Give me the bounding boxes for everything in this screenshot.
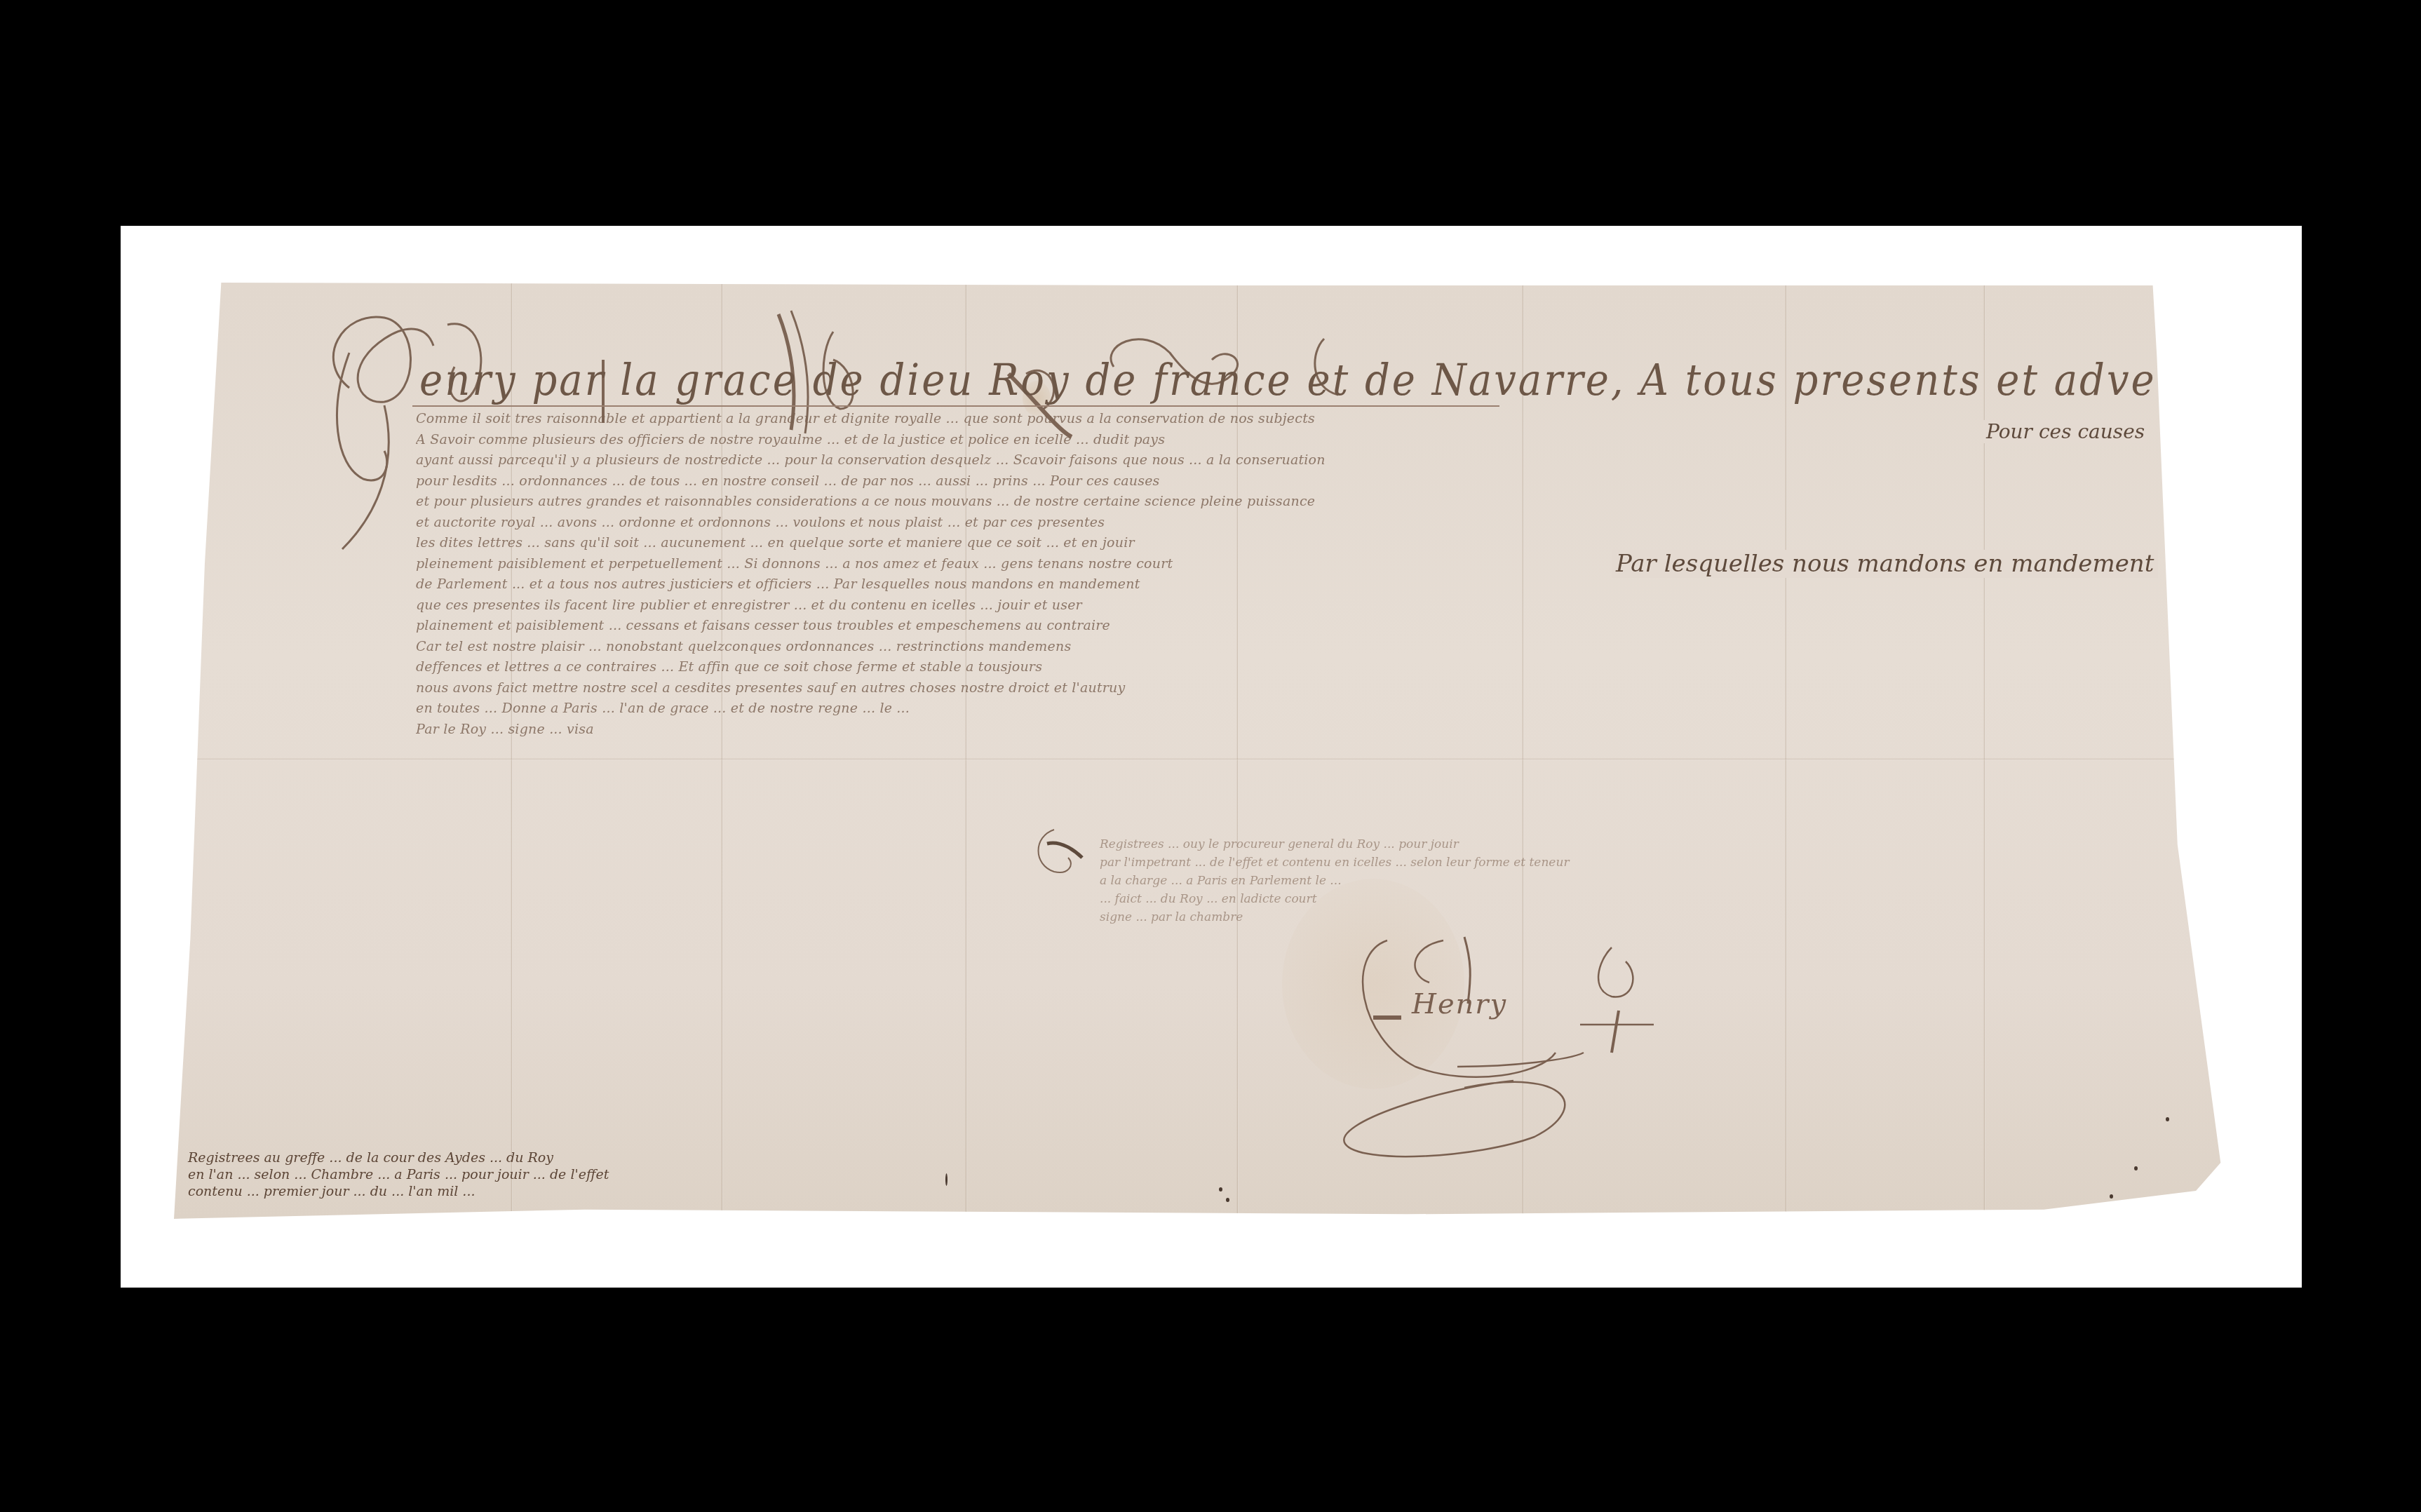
body-line: nous avons faict mettre nostre scel a ce… (416, 678, 2155, 699)
body-line: A Savoir comme plusieurs des officiers d… (416, 430, 2155, 451)
royal-signature (1303, 933, 1668, 1144)
body-line: et auctorite royal ... avons ... ordonne… (416, 513, 2155, 534)
body-line: deffences et lettres a ce contraires ...… (416, 657, 2155, 678)
body-line: que ces presentes ils facent lire publie… (416, 595, 2155, 616)
body-line: pour lesdits ... ordonnances ... de tous… (416, 471, 2155, 492)
mandons-emphasis: Par lesquelles nous mandons en mandement (1612, 550, 2158, 578)
body-line: en toutes ... Donne a Paris ... l'an de … (416, 698, 2155, 720)
marginal-registration-note: Registrees au greffe ... de la cour des … (188, 1149, 693, 1200)
document-heading: enry par la grace de dieu Roy de france … (419, 356, 2342, 406)
visa-line: ... faict ... du Roy ... en ladicte cour… (1100, 890, 1696, 908)
signature-name: Henry (1412, 988, 1507, 1020)
parchment-document: enry par la grace de dieu Roy de france … (174, 283, 2229, 1219)
note-line: contenu ... premier jour ... du ... l'an… (188, 1183, 693, 1200)
visa-line: signe ... par la chambre (1100, 908, 1696, 926)
registration-block: Registrees ... ouy le procureur general … (1100, 835, 1696, 926)
visa-line: a la charge ... a Paris en Parlement le … (1100, 872, 1696, 890)
fold-line (174, 758, 2229, 760)
heading-underline (412, 405, 1499, 407)
body-line: Comme il soit tres raisonnable et appart… (416, 409, 2155, 430)
visa-line: Registrees ... ouy le procureur general … (1100, 835, 1696, 853)
visa-line: par l'impetrant ... de l'effet et conten… (1100, 853, 1696, 872)
body-line: et pour plusieurs autres grandes et rais… (416, 492, 2155, 513)
note-line: en l'an ... selon ... Chambre ... a Pari… (188, 1166, 693, 1183)
body-line: plainement et paisiblement ... cessans e… (416, 616, 2155, 637)
note-line: Registrees au greffe ... de la cour des … (188, 1149, 693, 1166)
body-line: Car tel est nostre plaisir ... nonobstan… (416, 637, 2155, 658)
body-line: Par le Roy ... signe ... visa (416, 720, 2155, 741)
body-line: ayant aussi parcequ'il y a plusieurs de … (416, 450, 2155, 471)
